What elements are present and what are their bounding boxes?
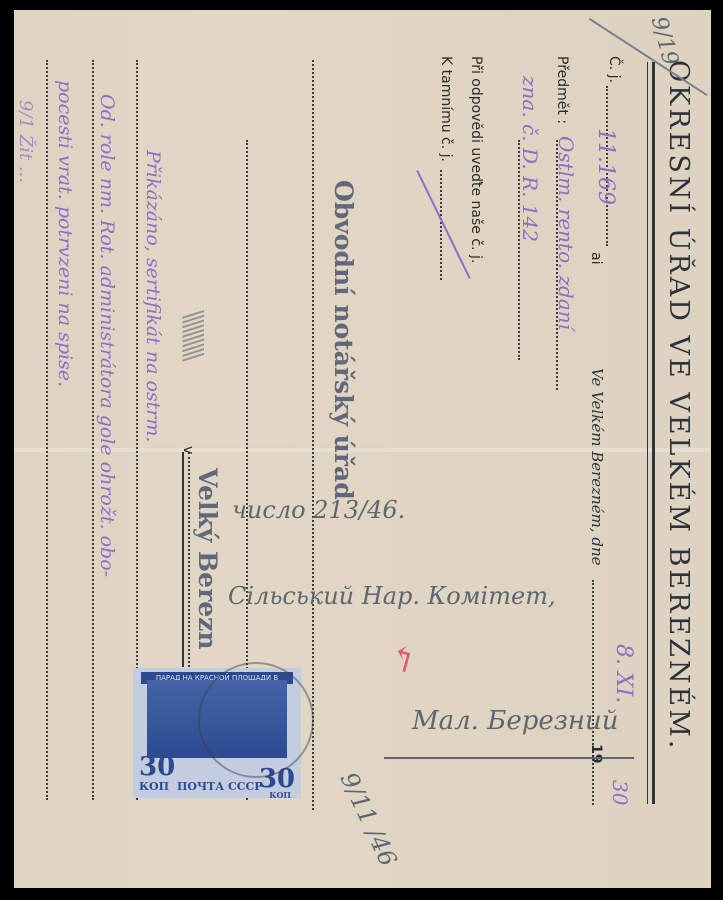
left-note-4: 9/1 Žit ... (15, 100, 36, 183)
your-ref-dots (440, 170, 442, 280)
handwritten-recipient-number: число 213/46. (232, 496, 405, 524)
handwritten-subject-1: Ostlm. rento. zdaní (554, 136, 578, 330)
date-dots (592, 580, 594, 805)
place-underline (384, 757, 634, 759)
reference-label: Č. j. (606, 56, 622, 83)
recipient-dots-1 (312, 60, 314, 810)
handwritten-reference-number: 11.169 (593, 128, 618, 205)
header-rule-inner (647, 62, 648, 804)
stamp-currency-left: КОП (139, 780, 169, 793)
handwritten-date: 8. XI. (611, 644, 636, 703)
stamp-value-left: 30 (139, 752, 175, 782)
recipient-dots-3 (188, 452, 190, 667)
pencil-scribble: \\\\\\\\\\ (178, 310, 208, 358)
postmark-cancel (198, 662, 314, 778)
left-note-3: pocesti vrat. potrvzeni na spise. (54, 80, 76, 387)
subject-label: Předmět : (554, 56, 570, 124)
recipient-rule (182, 452, 184, 667)
header-rule-outer (652, 62, 655, 804)
handwritten-year: 30 (608, 780, 632, 805)
your-ref-label: K tamnímu č. j. (438, 56, 454, 162)
year-prefix: 19 (588, 744, 604, 763)
recipient-place-stamp: Velký Berezn (193, 468, 222, 650)
handwritten-subject-2: zna. č. D. R. 142 (518, 76, 542, 242)
left-note-2: Od. role nm. Rot. administrátora gole oh… (96, 94, 118, 577)
handwritten-recipient-place: Мал. Березний (412, 706, 619, 736)
left-note-1: Přikázáno, sertifikát na ostrm. (142, 150, 164, 442)
fold-line (14, 447, 711, 452)
reply-label: Při odpovědi uveďte naše č. j. (468, 56, 484, 263)
left-dots-3 (46, 60, 48, 800)
stamp-currency-right: КОП (269, 790, 291, 800)
handwritten-recipient-org: Сільський Нар. Комітет, (228, 582, 556, 610)
reference-suffix: ai (588, 252, 604, 264)
stamp-country: ПОЧТА СССР (177, 780, 263, 793)
notary-office-stamp: Obvodní notářský úřad (329, 180, 358, 500)
place-date-line: Ve Velkém Berezném, dne (588, 368, 606, 565)
office-heading: OKRESNÍ ÚŘAD VE VELKÉM BEREZNÉM. (663, 60, 694, 751)
left-dots-2 (92, 60, 94, 800)
